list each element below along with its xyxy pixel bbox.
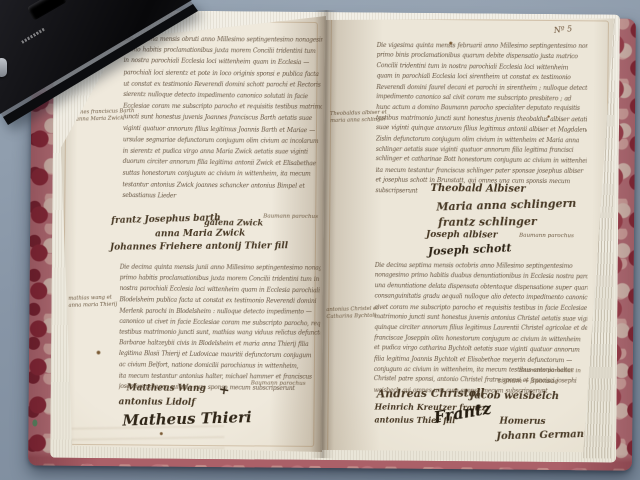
fox-spot — [547, 115, 550, 118]
fox-spot — [449, 41, 453, 45]
scanner-edge-device — [0, 0, 260, 170]
signature: Andreas Christoll — [377, 387, 485, 401]
signature: anna Maria Zwick — [155, 229, 245, 240]
signature: Baumann parochus — [251, 380, 306, 386]
cross-mark: + — [218, 382, 231, 398]
right-page: Nº 5 Theobaldus albiser etmaria anna sch… — [321, 10, 617, 463]
device-body — [0, 0, 260, 170]
right-entry1-text: Die vigesima quinta mensis februarii ann… — [375, 40, 587, 200]
manuscript-line: Blodelsheim publica facta ut constat ex … — [119, 295, 320, 308]
margin-note-line: anna maria Thierij — [68, 302, 126, 311]
signature: Baumann parochus — [263, 214, 318, 220]
signature: Theobald Albiser — [430, 183, 525, 195]
signature: galena Zwick — [204, 217, 263, 228]
signature: Homerus — [499, 417, 545, 427]
signature: Joseph albiser — [426, 230, 498, 241]
manuscript-line: sebastianus Lieder — [122, 190, 321, 204]
left-entry2-text: Die decima quinta mensis junii anno Mill… — [119, 262, 321, 397]
signature: Mattheus Wang — [127, 383, 206, 394]
right-page-number: Nº 5 — [553, 24, 572, 35]
device-button — [0, 58, 7, 77]
fox-spot — [159, 432, 163, 436]
marginal-note: Baumann parochus in — [519, 368, 581, 375]
signature: Johannes Friehere antonij Thier fill — [110, 241, 288, 253]
photo-of-parish-register: { "palette": { "background": "#8795a6", … — [0, 0, 640, 480]
signature: Baumann parochus — [519, 233, 574, 239]
signature: frantz schlinger — [438, 215, 537, 229]
marble-speck — [32, 419, 37, 426]
left-entry2-margin-note: mathias wang etanna maria Thierij — [68, 294, 126, 310]
book-gutter-fold — [310, 10, 338, 458]
marginal-note: signum + sponsae — [498, 377, 558, 386]
fox-spot — [96, 350, 101, 355]
signature: antonius Lidolf — [119, 397, 196, 408]
